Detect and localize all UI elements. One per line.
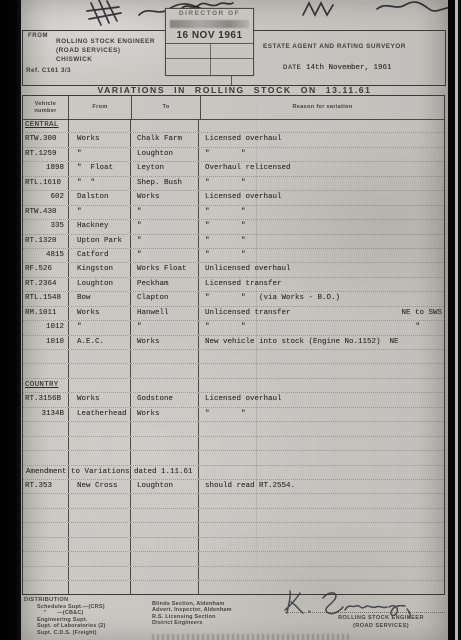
reason-text: Unlicensed overhaul [205,263,291,276]
from-cell: Catford [68,249,130,262]
vehicle-number-cell: RM.1011 [23,307,68,320]
amendment-note: Amendment to Variations dated 1.11.61 [26,466,193,479]
stamp-smudge [170,20,249,28]
vehicle-number-cell: RTW.430 [23,206,68,219]
to-cell [130,119,198,132]
reason-cell [198,119,444,132]
reason-cell: " " [198,148,444,161]
table-row [23,437,444,451]
from-cell [68,552,130,565]
reason-text: Licensed transfer [205,278,282,291]
scanned-memo-document: FROM ROLLING STOCK ENGINEER (ROAD SERVIC… [0,0,461,640]
document-title: VARIATIONS IN ROLLING STOCK ON 13.11.61 [21,85,448,95]
paper: FROM ROLLING STOCK ENGINEER (ROAD SERVIC… [21,0,448,640]
vehicle-number-cell [23,494,68,507]
to-cell [130,523,198,536]
reason-cell: " " [198,408,444,421]
table-row [23,552,444,566]
vehicle-number-cell: COUNTRY [23,379,68,392]
table-row: RTL.1548BowClapton" " (via Works - B.O.) [23,292,444,306]
table-row [23,364,444,378]
to-cell: Godstone [130,393,198,406]
vehicle-number-cell: RT.2364 [23,278,68,291]
reason-cell [198,523,444,536]
vehicle-number-cell: 335 [23,220,68,233]
to-cell: " [130,220,198,233]
reason-text: " " [205,177,246,190]
vehicle-number-cell: CENTRAL [23,119,68,132]
date-label: DATE [283,65,301,71]
reason-cell [198,538,444,551]
to-cell [130,552,198,565]
from-cell [68,437,130,450]
from-label: FROM [28,33,48,39]
vehicle-number-cell: RTL.1610 [23,177,68,190]
from-cell: " [68,206,130,219]
reason-cell [198,509,444,522]
distribution-label: DISTRIBUTION [24,597,69,603]
reason-cell: " " (via Works - B.O.) [198,292,444,305]
reason-cell: Licensed transfer [198,278,444,291]
vehicle-number-cell [23,437,68,450]
table-row: RTW.430""" " [23,206,444,220]
table-row: RM.1011WorksHanwellUnlicensed transferNE… [23,307,444,321]
table-row: 1898" FloatLeytonOverhaul relicensed [23,162,444,176]
reason-cell [198,567,444,580]
vehicle-number-cell: RT.1320 [23,235,68,248]
table-row [23,538,444,552]
from-cell [68,567,130,580]
from-cell [68,538,130,551]
reason-text: " " [205,408,246,421]
reason-text: New vehicle into stock (Engine No.1152) … [205,336,399,349]
vehicle-number-cell: 1012 [23,321,68,334]
reason-cell [198,422,444,435]
from-cell: Upton Park [68,235,130,248]
vehicle-number-cell: 1898 [23,162,68,175]
to-cell [130,422,198,435]
stamp-grid-line [210,43,211,75]
from-cell: Works [68,393,130,406]
signature-line [285,612,445,613]
from-cell: Works [68,307,130,320]
to-cell [130,581,198,594]
clipped-text-smudge [152,634,352,640]
table-row [23,581,444,595]
to-cell: " [130,321,198,334]
vehicle-number-cell [23,552,68,565]
to-cell [130,379,198,392]
from-cell [68,364,130,377]
table-row: 335Hackney"" " [23,220,444,234]
reason-text: should read RT.2554. [205,480,295,493]
table-row [23,523,444,537]
table-row: RT.3156BWorksGodstoneLicensed overhaul [23,393,444,407]
to-cell [130,538,198,551]
from-cell: Kingston [68,263,130,276]
vehicle-number-cell: 3134B [23,408,68,421]
reason-cell [198,379,444,392]
to-cell: " [130,249,198,262]
vehicle-number-cell: RF.526 [23,263,68,276]
table-row [23,422,444,436]
to-cell: Chalk Farm [130,133,198,146]
from-cell [68,379,130,392]
from-cell [68,119,130,132]
from-cell [68,350,130,363]
table-row: RT.1259"Loughton" " [23,148,444,162]
reason-cell: Overhaul relicensed [198,162,444,175]
reason-cell [198,364,444,377]
column-header-from: From [68,96,131,119]
reason-text: " " [205,235,246,248]
from-address: ROLLING STOCK ENGINEER (ROAD SERVICES) C… [56,37,155,64]
table-body: CENTRALRTW.300WorksChalk FarmLicensed ov… [23,119,444,594]
from-cell: Hackney [68,220,130,233]
vehicle-number-cell [23,451,68,464]
table-row: RT.1320Upton Park"" " [23,235,444,249]
reason-text: " " [205,148,246,161]
from-cell [68,451,130,464]
variations-table: Vehicle number From To Reason for variat… [22,95,445,595]
vehicle-number-cell [23,567,68,580]
from-cell: " [68,321,130,334]
table-row: 1010A.E.C.WorksNew vehicle into stock (E… [23,336,444,350]
reason-cell: Licensed overhaul [198,133,444,146]
reason-cell: Licensed overhaul [198,191,444,204]
to-cell: Works [130,191,198,204]
vehicle-number-cell [23,509,68,522]
to-cell [130,509,198,522]
from-cell [68,581,130,594]
reason-cell [198,494,444,507]
to-cell: Loughton [130,480,198,493]
reason-cell: Unlicensed transferNE to SWS [198,307,444,320]
vehicle-number-cell [23,422,68,435]
table-row [23,451,444,465]
to-value: ESTATE AGENT AND RATING SURVEYOR [263,43,406,50]
distribution-list-left: Schedules Supt.—(CRS) " —(CB&C) Engineer… [37,604,106,636]
vehicle-number-cell: RT.3156B [23,393,68,406]
reason-text: " " [205,249,246,262]
reason-text: Licensed overhaul [205,191,282,204]
reason-cell: " " [198,220,444,233]
from-cell: A.E.C. [68,336,130,349]
from-cell [68,509,130,522]
table-row: 1012""" "" [23,321,444,335]
vehicle-number-cell [23,364,68,377]
column-header-reason: Reason for variation [200,96,444,119]
from-cell: New Cross [68,480,130,493]
to-cell [130,567,198,580]
reason-cell: " " [198,177,444,190]
from-cell: " [68,148,130,161]
table-row: CENTRAL [23,119,444,133]
reason-text: " " [205,206,246,219]
section-heading: COUNTRY [25,381,59,389]
stamp-office-line: DIRECTOR OF [166,10,253,17]
to-cell: Hanwell [130,307,198,320]
reason-text: Licensed overhaul [205,393,282,406]
vehicle-number-cell [23,538,68,551]
table-row: RT.2364LoughtonPeckhamLicensed transfer [23,278,444,292]
received-date-stamp: DIRECTOR OF 16 NOV 1961 [165,8,254,76]
photo-edge-right [448,0,461,640]
vehicle-number-cell: RT.1259 [23,148,68,161]
from-cell: Dalston [68,191,130,204]
vehicle-number-cell [23,523,68,536]
to-cell: Loughton [130,148,198,161]
table-row: RTW.300WorksChalk FarmLicensed overhaul [23,133,444,147]
table-row: Amendment to Variations dated 1.11.61 [23,466,444,480]
reason-annotation: " [415,321,444,334]
from-cell: " Float [68,162,130,175]
table-row: 602DalstonWorksLicensed overhaul [23,191,444,205]
to-cell: Works [130,408,198,421]
to-cell: Peckham [130,278,198,291]
to-cell [130,451,198,464]
to-cell: Shep. Bush [130,177,198,190]
to-cell [130,350,198,363]
vehicle-number-cell: 602 [23,191,68,204]
reason-cell: New vehicle into stock (Engine No.1152) … [198,336,444,349]
from-cell [68,422,130,435]
table-row: RF.526KingstonWorks FloatUnlicensed over… [23,263,444,277]
vehicle-number-cell [23,350,68,363]
reason-text: Unlicensed transfer [205,307,291,320]
photo-edge-left [0,0,21,640]
from-cell: Bow [68,292,130,305]
reason-text: " " [205,220,246,233]
reason-text: Licensed overhaul [205,133,282,146]
from-cell [68,494,130,507]
from-cell: " " [68,177,130,190]
reason-annotation: NE to SWS [401,307,444,320]
from-cell: Loughton [68,278,130,291]
reason-cell [198,437,444,450]
reason-text: " " (via Works - B.O.) [205,292,340,305]
reason-cell: " "" [198,321,444,334]
to-cell [130,437,198,450]
reason-text: Overhaul relicensed [205,162,291,175]
table-row: RT.353New CrossLoughtonshould read RT.25… [23,480,444,494]
vehicle-number-cell [23,581,68,594]
to-cell [130,494,198,507]
to-cell: " [130,206,198,219]
from-cell: Leatherhead [68,408,130,421]
reason-cell: Licensed overhaul [198,393,444,406]
table-row: RTL.1610" "Shep. Bush" " [23,177,444,191]
stamp-date: 16 NOV 1961 [166,30,253,41]
vehicle-number-cell: 1010 [23,336,68,349]
vehicle-number-cell: RTW.300 [23,133,68,146]
reason-cell [198,581,444,594]
vehicle-number-cell: RT.353 [23,480,68,493]
reason-cell: should read RT.2554. [198,480,444,493]
table-row [23,350,444,364]
to-cell [130,364,198,377]
to-cell: Works Float [130,263,198,276]
from-cell [68,523,130,536]
to-cell: Leyton [130,162,198,175]
table-row: COUNTRY [23,379,444,393]
reference-number: Ref. C161 3/3 [26,67,71,74]
table-row: 3134BLeatherheadWorks" " [23,408,444,422]
reason-cell: " " [198,249,444,262]
to-cell: Clapton [130,292,198,305]
to-cell: Works [130,336,198,349]
column-header-vehicle-number: Vehicle number [23,96,68,119]
from-cell: Works [68,133,130,146]
reason-cell: " " [198,206,444,219]
reason-cell [198,451,444,464]
reason-cell [198,552,444,565]
table-header-row: Vehicle number From To Reason for variat… [23,96,444,120]
reason-cell [198,350,444,363]
section-heading: CENTRAL [25,121,59,129]
column-header-to: To [131,96,200,119]
signer-title: ROLLING STOCK ENGINEER (ROAD SERVICES) [313,615,449,630]
vehicle-number-cell: 4815 [23,249,68,262]
vehicle-number-cell: RTL.1548 [23,292,68,305]
date-value: 14th November, 1961 [306,64,392,72]
table-row [23,494,444,508]
reason-cell: " " [198,235,444,248]
reason-cell [198,466,444,479]
table-row [23,509,444,523]
distribution-list-middle: Blinds Section, Aldenham Advert. Inspect… [152,601,232,627]
reason-text: " " [205,321,246,334]
table-row [23,567,444,581]
to-cell: " [130,235,198,248]
table-row: 4815Catford"" " [23,249,444,263]
reason-cell: Unlicensed overhaul [198,263,444,276]
